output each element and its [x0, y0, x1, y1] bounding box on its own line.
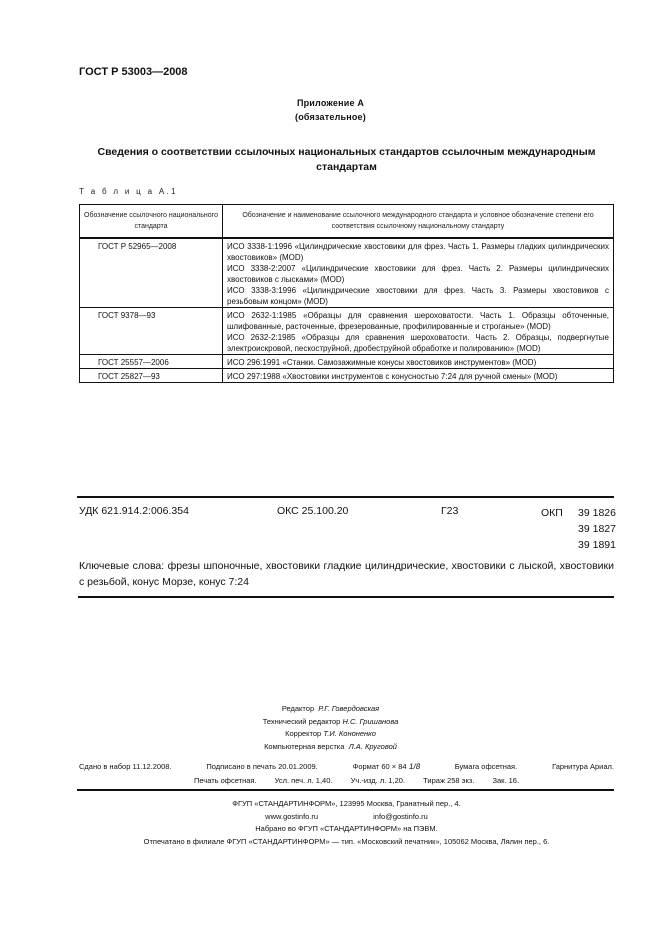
national-standard-cell: ГОСТ 25827—93 — [80, 369, 223, 383]
credit-role: Технический редактор — [263, 717, 341, 726]
format: Формат 60 × 84 1/8 — [353, 760, 420, 774]
publisher-address: ФГУП «СТАНДАРТИНФОРМ», 123995 Москва, Гр… — [79, 798, 614, 811]
reference-standards-table: Обозначение ссылочного национального ста… — [79, 204, 614, 383]
keywords: Ключевые слова: фрезы шпоночные, хвостов… — [79, 558, 614, 590]
column-header-national: Обозначение ссылочного национального ста… — [80, 205, 223, 239]
publishing-sheets: Уч.-изд. л. 1,20. — [351, 776, 406, 785]
divider-rule — [78, 596, 614, 598]
conventional-sheets: Усл. печ. л. 1,40. — [275, 776, 333, 785]
international-standard-entry: ИСО 2632-1:1985 «Образцы для сравнения ш… — [227, 310, 609, 332]
annex-heading: Приложение А (обязательное) — [0, 96, 661, 124]
okp-code: 39 1827 — [571, 521, 616, 537]
paper: Бумага офсетная. — [455, 760, 517, 774]
international-standard-entry: ИСО 3338-3:1996 «Цилиндрические хвостови… — [227, 285, 609, 307]
typeface: Гарнитура Ариал. — [552, 760, 614, 774]
publisher-contacts: www.gostinfo.ruinfo@gostinfo.ru — [79, 811, 614, 824]
international-standard-cell: ИСО 2632-1:1985 «Образцы для сравнения ш… — [223, 308, 614, 355]
credit-name: Р.Г. Говердовская — [318, 704, 379, 713]
credit-line: Технический редактор Н.С. Гришанова — [0, 716, 661, 729]
publisher-block: ФГУП «СТАНДАРТИНФОРМ», 123995 Москва, Гр… — [79, 798, 614, 848]
credit-name: Т.И. Кононенко — [323, 729, 376, 738]
print-run: Тираж 258 экз. — [423, 776, 474, 785]
international-standard-cell: ИСО 297:1988 «Хвостовики инструментов с … — [223, 369, 614, 383]
credit-role: Компьютерная верстка — [264, 742, 344, 751]
credit-line: Корректор Т.И. Кононенко — [0, 728, 661, 741]
international-standard-entry: ИСО 3338-1:1996 «Цилиндрические хвостови… — [227, 241, 609, 263]
credit-name: Н.С. Гришанова — [342, 717, 398, 726]
publisher-website: www.gostinfo.ru — [265, 812, 318, 821]
international-standard-cell: ИСО 296:1991 «Станки. Самозажимные конус… — [223, 355, 614, 369]
credit-line: Компьютерная верстка Л.А. Круговой — [0, 741, 661, 754]
order-number: Зак. 16. — [492, 776, 519, 785]
credit-role: Редактор — [282, 704, 314, 713]
international-standard-cell: ИСО 3338-1:1996 «Цилиндрические хвостови… — [223, 238, 614, 308]
table-caption: Т а б л и ц а А.1 — [79, 187, 178, 196]
table-row: ГОСТ 25557—2006 ИСО 296:1991 «Станки. Са… — [80, 355, 614, 369]
table-header-row: Обозначение ссылочного национального ста… — [80, 205, 614, 239]
divider-rule — [77, 496, 614, 498]
divider-rule — [77, 789, 614, 791]
okp-label: ОКП — [541, 505, 571, 521]
national-standard-cell: ГОСТ Р 52965—2008 — [80, 238, 223, 308]
table-row: ГОСТ 9378—93 ИСО 2632-1:1985 «Образцы дл… — [80, 308, 614, 355]
oks-code: ОКС 25.100.20 — [277, 505, 348, 517]
credit-line: Редактор Р.Г. Говердовская — [0, 703, 661, 716]
international-standard-entry: ИСО 297:1988 «Хвостовики инструментов с … — [227, 371, 609, 382]
signed-date: Подписано в печать 20.01.2009. — [206, 760, 317, 774]
credit-role: Корректор — [285, 729, 321, 738]
national-standard-cell: ГОСТ 25557—2006 — [80, 355, 223, 369]
credit-name: Л.А. Круговой — [349, 742, 397, 751]
annex-status: (обязательное) — [0, 110, 661, 124]
submitted-date: Сдано в набор 11.12.2008. — [79, 760, 172, 774]
typeset-note: Набрано во ФГУП «СТАНДАРТИНФОРМ» на ПЭВМ… — [79, 823, 614, 836]
annex-title: Приложение А — [0, 96, 661, 110]
table-row: ГОСТ 25827—93 ИСО 297:1988 «Хвостовики и… — [80, 369, 614, 383]
okp-code: 39 1826 — [571, 505, 616, 521]
international-standard-entry: ИСО 2632-2:1985 «Образцы для сравнения ш… — [227, 332, 609, 354]
section-title: Сведения о соответствии ссылочных национ… — [79, 145, 614, 175]
format-fraction: 1/8 — [407, 760, 421, 774]
table-row: ГОСТ Р 52965—2008 ИСО 3338-1:1996 «Цилин… — [80, 238, 614, 308]
international-standard-entry: ИСО 3338-2:2007 «Цилиндрические хвостови… — [227, 263, 609, 285]
print-info: Сдано в набор 11.12.2008. Подписано в пе… — [79, 760, 614, 788]
national-standard-cell: ГОСТ 9378—93 — [80, 308, 223, 355]
okp-code: 39 1891 — [571, 537, 616, 553]
international-standard-entry: ИСО 296:1991 «Станки. Самозажимные конус… — [227, 357, 609, 368]
group-code: Г23 — [441, 505, 458, 517]
print-type: Печать офсетная. — [194, 776, 257, 785]
udk-code: УДК 621.914.2:006.354 — [79, 505, 189, 517]
column-header-international: Обозначение и наименование ссылочного ме… — [223, 205, 614, 239]
document-code: ГОСТ Р 53003—2008 — [79, 66, 188, 78]
credits-block: Редактор Р.Г. Говердовская Технический р… — [0, 703, 661, 753]
printed-note: Отпечатано в филиале ФГУП «СТАНДАРТИНФОР… — [79, 836, 614, 849]
publisher-email: info@gostinfo.ru — [373, 812, 428, 821]
okp-codes: ОКП39 1826 39 1827 39 1891 — [541, 505, 616, 553]
